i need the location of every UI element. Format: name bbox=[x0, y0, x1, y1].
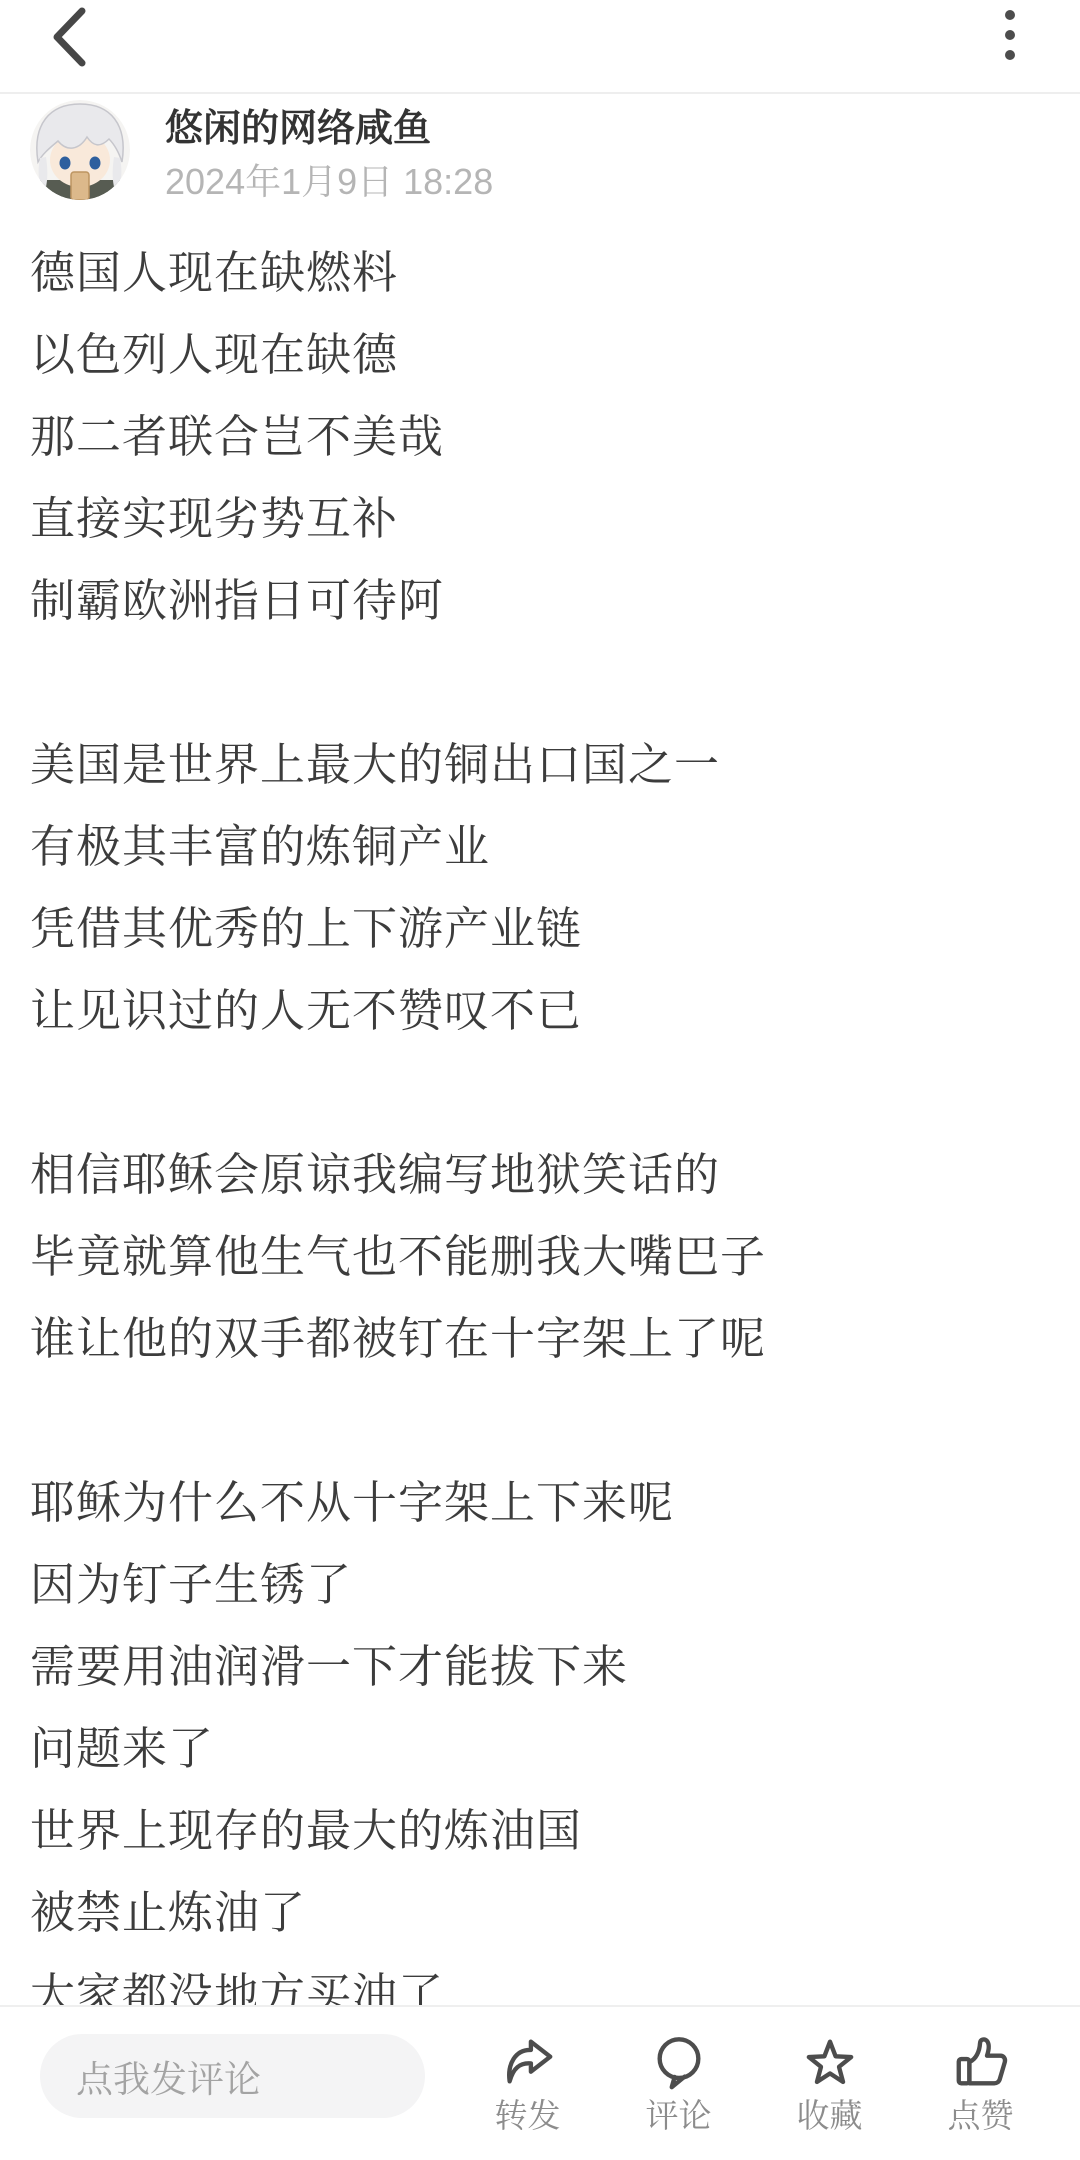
post-line: 直接实现劣势互补 bbox=[30, 478, 1050, 560]
action-buttons: 转发 评论 收藏 点赞 bbox=[452, 2033, 1080, 2134]
post-line: 有极其丰富的炼铜产业 bbox=[30, 806, 1050, 888]
top-bar bbox=[0, 0, 1080, 94]
post-line: 德国人现在缺燃料 bbox=[30, 232, 1050, 314]
post-line: 以色列人现在缺德 bbox=[30, 314, 1050, 396]
post-line: 让见识过的人无不赞叹不已 bbox=[30, 970, 1050, 1052]
bottom-action-bar: 点我发评论 转发 评论 收藏 bbox=[0, 2005, 1080, 2160]
chevron-left-icon bbox=[49, 6, 89, 68]
post-paragraph: 相信耶稣会原谅我编写地狱笑话的毕竟就算他生气也不能删我大嘴巴子谁让他的双手都被钉… bbox=[30, 1134, 1050, 1380]
author-name[interactable]: 悠闲的网络咸鱼 bbox=[165, 106, 493, 152]
more-menu-button[interactable] bbox=[988, 4, 1032, 82]
post-paragraph: 德国人现在缺燃料以色列人现在缺德那二者联合岂不美哉直接实现劣势互补制霸欧洲指日可… bbox=[30, 232, 1050, 642]
post-line: 那二者联合岂不美哉 bbox=[30, 396, 1050, 478]
favorite-label: 收藏 bbox=[797, 2098, 863, 2134]
post-timestamp: 2024年1月9日 18:28 bbox=[165, 162, 493, 202]
post-line: 世界上现存的最大的炼油国 bbox=[30, 1790, 1050, 1872]
author-meta: 悠闲的网络咸鱼 2024年1月9日 18:28 bbox=[165, 100, 493, 202]
post-line: 毕竟就算他生气也不能删我大嘴巴子 bbox=[30, 1216, 1050, 1298]
post-content-area: 悠闲的网络咸鱼 2024年1月9日 18:28 德国人现在缺燃料以色列人现在缺德… bbox=[0, 94, 1080, 2160]
share-label: 转发 bbox=[495, 2098, 561, 2134]
post-detail-screen: 悠闲的网络咸鱼 2024年1月9日 18:28 德国人现在缺燃料以色列人现在缺德… bbox=[0, 0, 1080, 2160]
post-line: 问题来了 bbox=[30, 1708, 1050, 1790]
ellipsis-dot bbox=[1005, 30, 1015, 40]
post-paragraph: 美国是世界上最大的铜出口国之一有极其丰富的炼铜产业凭借其优秀的上下游产业链让见识… bbox=[30, 724, 1050, 1052]
post-body: 德国人现在缺燃料以色列人现在缺德那二者联合岂不美哉直接实现劣势互补制霸欧洲指日可… bbox=[30, 232, 1050, 2036]
like-button[interactable]: 点赞 bbox=[905, 2033, 1056, 2134]
post-line: 被禁止炼油了 bbox=[30, 1872, 1050, 1954]
comment-button[interactable]: 评论 bbox=[603, 2033, 754, 2134]
post-line: 相信耶稣会原谅我编写地狱笑话的 bbox=[30, 1134, 1050, 1216]
avatar-image bbox=[30, 100, 130, 200]
ellipsis-dot bbox=[1005, 10, 1015, 20]
post-line: 凭借其优秀的上下游产业链 bbox=[30, 888, 1050, 970]
like-label: 点赞 bbox=[948, 2098, 1014, 2134]
post-line: 制霸欧洲指日可待阿 bbox=[30, 560, 1050, 642]
comment-bubble-icon bbox=[650, 2033, 708, 2091]
favorite-comment-label: 评论 bbox=[646, 2098, 712, 2134]
post-line: 需要用油润滑一下才能拔下来 bbox=[30, 1626, 1050, 1708]
comment-input-placeholder: 点我发评论 bbox=[76, 2049, 261, 2103]
post-line: 美国是世界上最大的铜出口国之一 bbox=[30, 724, 1050, 806]
comment-input[interactable]: 点我发评论 bbox=[40, 2034, 425, 2118]
share-arrow-icon bbox=[499, 2033, 557, 2091]
post-line: 谁让他的双手都被钉在十字架上了呢 bbox=[30, 1298, 1050, 1380]
ellipsis-dot bbox=[1005, 50, 1015, 60]
back-button[interactable] bbox=[34, 0, 104, 86]
post-line: 耶稣为什么不从十字架上下来呢 bbox=[30, 1462, 1050, 1544]
avatar[interactable] bbox=[30, 100, 130, 200]
author-row: 悠闲的网络咸鱼 2024年1月9日 18:28 bbox=[30, 100, 1050, 200]
star-icon bbox=[801, 2033, 859, 2091]
thumbs-up-icon bbox=[952, 2033, 1010, 2091]
post-paragraph: 耶稣为什么不从十字架上下来呢因为钉子生锈了需要用油润滑一下才能拔下来问题来了世界… bbox=[30, 1462, 1050, 2036]
post-line: 因为钉子生锈了 bbox=[30, 1544, 1050, 1626]
favorite-button[interactable]: 收藏 bbox=[754, 2033, 905, 2134]
share-button[interactable]: 转发 bbox=[452, 2033, 603, 2134]
